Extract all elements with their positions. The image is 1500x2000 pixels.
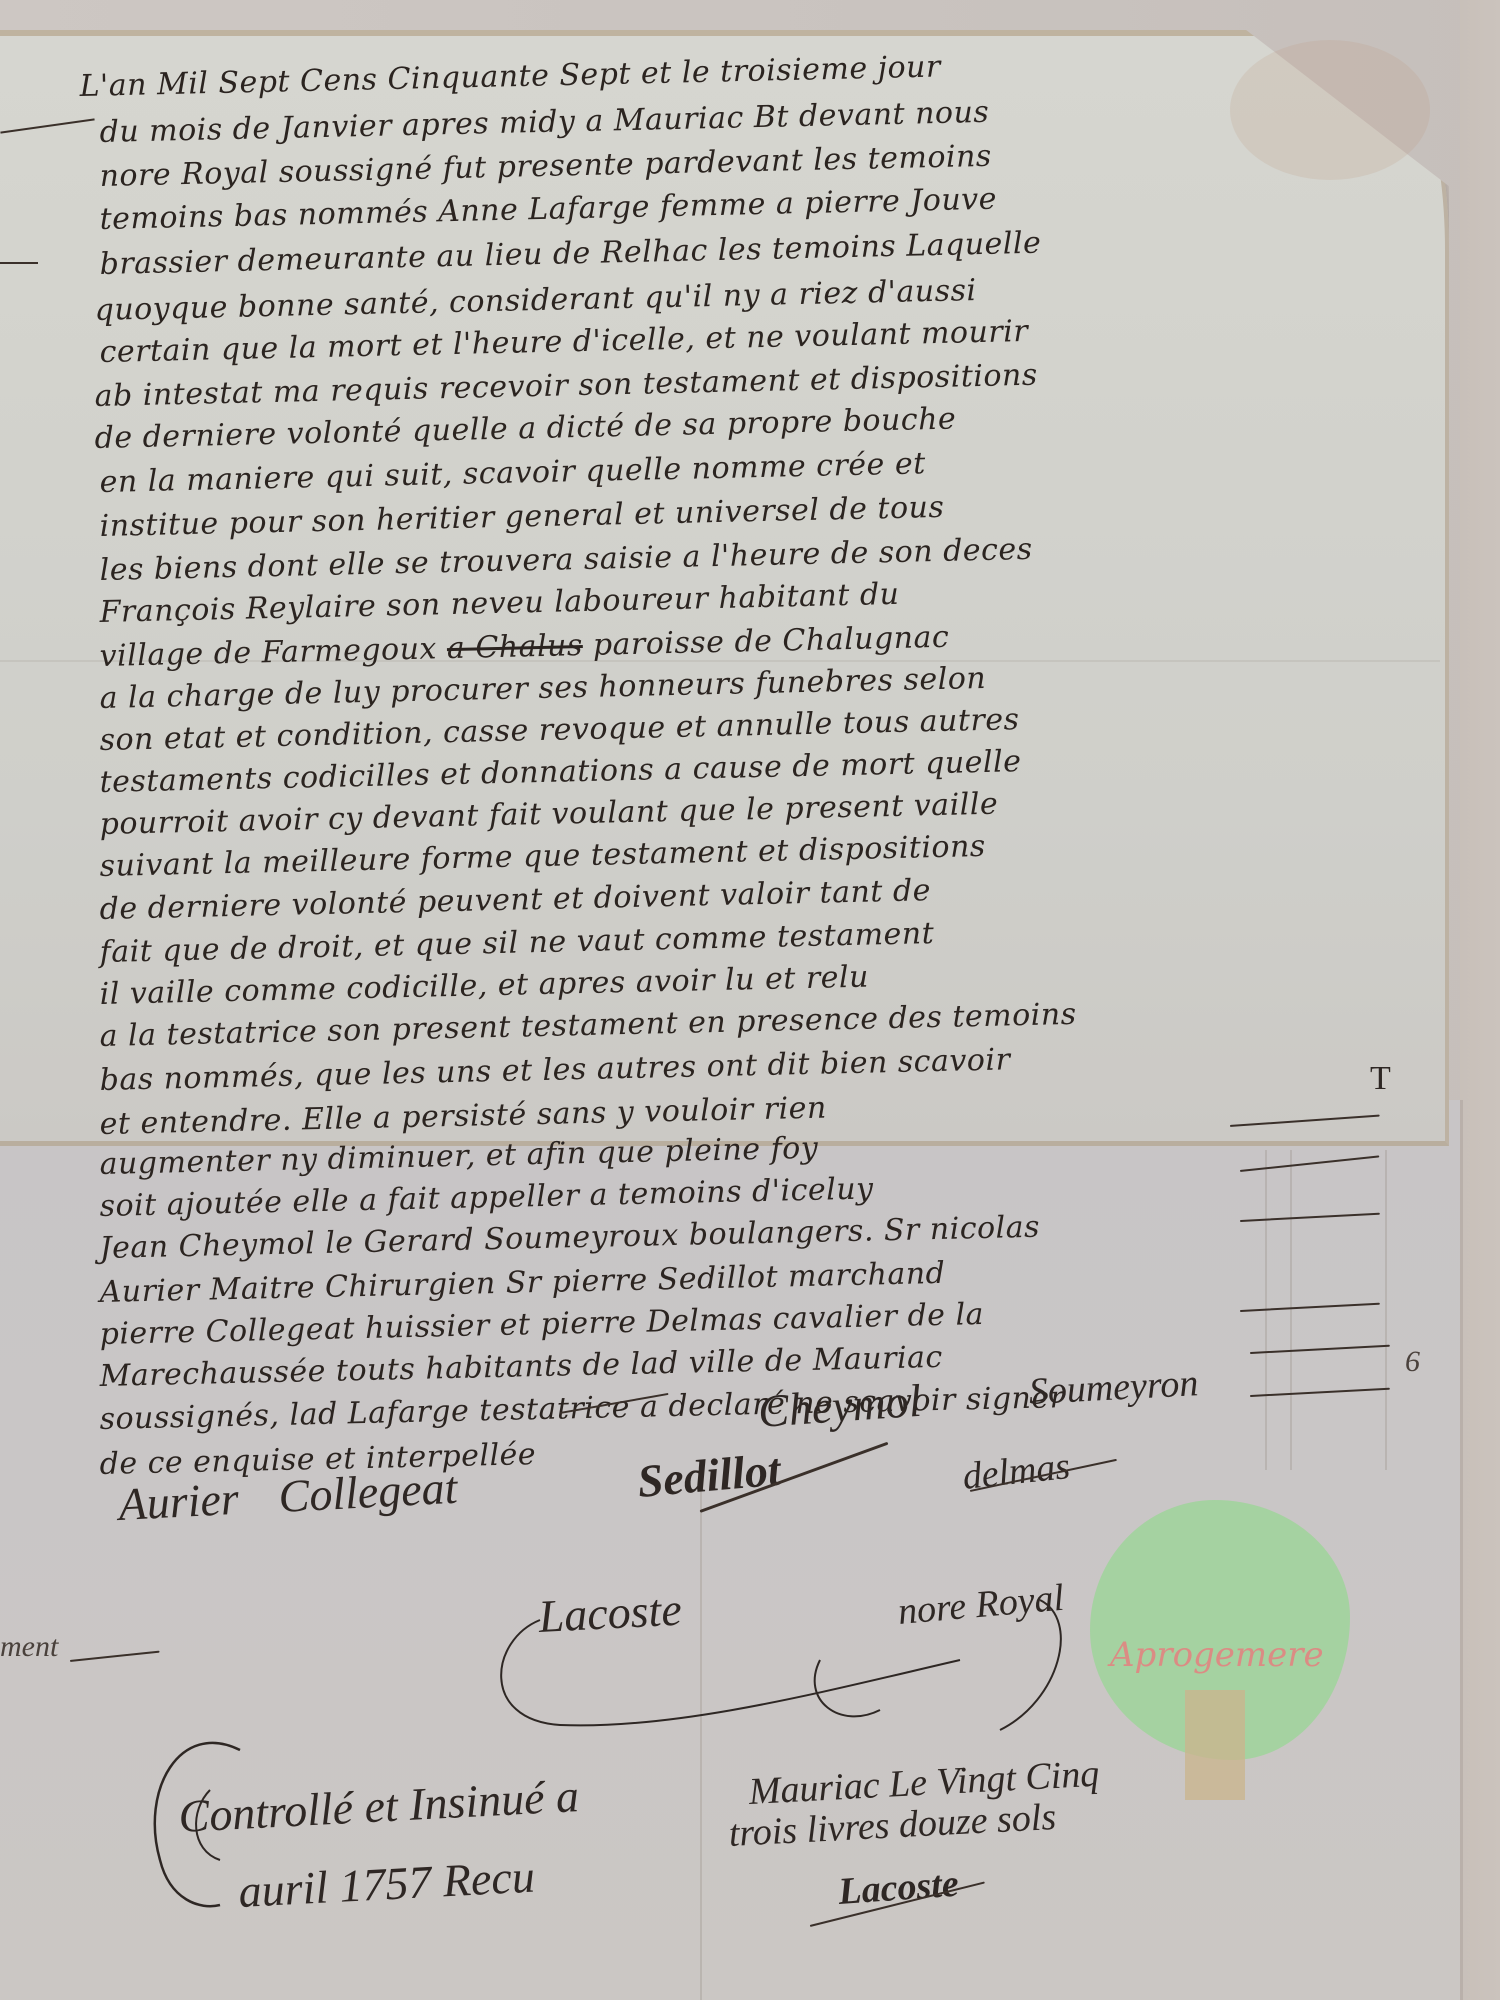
struck-text: a Chalus [447, 628, 584, 666]
notary-flourish-loop [480, 1580, 1180, 1780]
margin-symbol: T [1370, 1060, 1391, 1098]
page-mark: 6 [1405, 1345, 1420, 1379]
background-right-strip [1460, 0, 1500, 2000]
control-note-signature: Lacoste [837, 1862, 960, 1914]
margin-fragment: ment [0, 1630, 58, 1664]
signature-soumeyron: Soumeyron [1028, 1361, 1200, 1414]
lower-sheet-ruling [1290, 1150, 1292, 1470]
watermark-text: Aprogemere [1110, 1635, 1324, 1675]
signature-aurier: Aurier [117, 1472, 240, 1531]
lower-sheet-ruling [1385, 1150, 1387, 1470]
margin-dash [0, 262, 38, 264]
paper-stain [1230, 40, 1430, 180]
watermark-tree-trunk [1185, 1690, 1245, 1800]
signature-collegeat: Collegeat [277, 1461, 458, 1523]
